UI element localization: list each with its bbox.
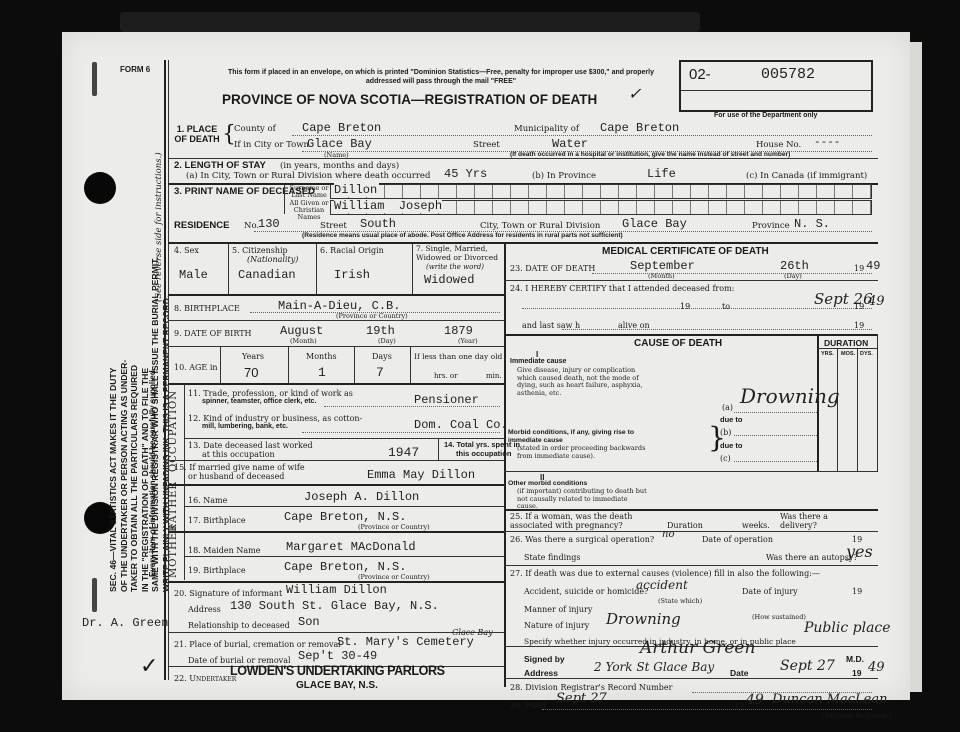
sex-value: Male — [179, 268, 208, 282]
surname-grid — [330, 184, 872, 199]
father-name-label: 16. Name — [188, 496, 227, 505]
informant-address-value: 130 South St. Glace Bay, N.S. — [230, 599, 439, 613]
length-of-stay-label: 2. LENGTH OF STAY — [174, 160, 266, 171]
street-label: Street — [473, 140, 500, 150]
other-conditions-label: Other morbid conditions — [508, 480, 587, 487]
caption: (Division Registrar) — [822, 712, 892, 720]
divider — [168, 531, 504, 533]
county-label: County of — [234, 124, 276, 134]
industry-value: Dom. Coal Co. — [414, 418, 508, 432]
mother-name-label: 18. Maiden Name — [188, 546, 260, 555]
filed-year-value: 49 — [746, 692, 764, 708]
age-label: 10. AGE in — [174, 363, 218, 372]
street-value: Water — [552, 137, 588, 151]
duration-col-mos: MOS. — [841, 351, 855, 357]
marital-status-value: Widowed — [424, 273, 474, 287]
caption: (write the word) — [426, 263, 484, 271]
marital-status-label: 7. Single, Married, Widowed or Divorced — [416, 245, 504, 262]
father-name-value: Joseph A. Dillon — [304, 490, 419, 504]
racial-origin-value: Irish — [334, 268, 370, 282]
stay-canada-label: (c) In Canada (if immigrant) — [746, 171, 867, 181]
age-months-value: 1 — [318, 365, 326, 380]
nature-value: Drowning — [606, 610, 681, 628]
fill-line — [302, 432, 500, 433]
divider — [168, 158, 878, 159]
citizenship-label: 5. Citizenship — [232, 246, 288, 255]
father-birthplace-value: Cape Breton, N.S. — [284, 510, 406, 524]
residence-label: RESIDENCE — [174, 220, 229, 231]
fill-line — [734, 435, 817, 436]
certify-label: 24. I HEREBY CERTIFY that I attended dec… — [510, 284, 734, 293]
divider — [184, 438, 504, 439]
divider — [817, 348, 878, 349]
divider — [504, 678, 878, 679]
spouse-value: Emma May Dillon — [367, 468, 475, 482]
dob-label: 9. DATE OF BIRTH — [174, 329, 252, 338]
divider — [410, 347, 411, 383]
weeks-label: weeks. — [742, 521, 770, 530]
checkmark-icon: ✓ — [628, 84, 641, 103]
divider — [288, 347, 289, 383]
last-worked-label: 13. Date deceased last worked — [188, 441, 313, 450]
dob-day-value: 19th — [366, 324, 395, 338]
caption: mill, lumbering, bank, etc. — [202, 423, 288, 430]
birthplace-value: Main-A-Dieu, C.B. — [278, 299, 400, 313]
divider — [857, 348, 858, 471]
injury-location-value: Public place — [804, 620, 891, 636]
relationship-value: Son — [298, 615, 320, 629]
physician-signature: Arthur Green — [640, 638, 755, 658]
age-days-value: 7 — [376, 365, 384, 380]
department-note: For use of the Department only — [714, 112, 817, 119]
injury-date-label: Date of injury — [742, 587, 798, 596]
year-prefix: 19 — [852, 668, 861, 678]
divider — [438, 438, 439, 460]
signature-date-label: Date — [730, 668, 748, 678]
citizenship-value: Canadian — [238, 268, 296, 282]
sidebar-instructions: SEC. 46—VITAL STATISTICS ACT MAKES IT TH… — [108, 72, 171, 592]
death-registration-form: FORM 6 SEC. 46—VITAL STATISTICS ACT MAKE… — [62, 32, 910, 700]
divider — [168, 320, 504, 321]
county-value: Cape Breton — [302, 121, 381, 135]
year-prefix: 19 — [852, 587, 862, 596]
morbid-conditions-desc: (stated in order proceeding backwards fr… — [517, 445, 647, 460]
less-than-day-label: If less than one day old — [414, 352, 502, 361]
house-value: ---- — [814, 137, 840, 149]
fill-line — [592, 273, 872, 274]
divider — [504, 565, 878, 566]
divider — [504, 280, 878, 281]
external-causes-label: 27. If death was due to external causes … — [510, 569, 820, 578]
caption: at this occupation — [202, 450, 275, 459]
physician-address-value: 2 York St Glace Bay — [594, 660, 714, 674]
fill-line — [562, 329, 872, 330]
hrs-label: hrs. or — [434, 372, 457, 380]
caption: (Nationality) — [247, 255, 298, 264]
divider — [168, 383, 504, 385]
caption: (How sustained) — [752, 613, 806, 621]
trade-value: Pensioner — [414, 393, 479, 407]
caption: spinner, teamster, office clerk, etc. — [202, 398, 316, 405]
years-label: Years — [242, 352, 264, 361]
caption: (Month) — [290, 337, 317, 345]
postal-notice: This form if placed in an envelope, on w… — [226, 68, 656, 86]
residence-province-value: N. S. — [794, 217, 830, 231]
residence-city-label: City, Town or Rural Division — [480, 221, 600, 231]
date-of-death-label: 23. DATE OF DEATH — [510, 264, 595, 273]
duration-heading: DURATION — [824, 338, 868, 348]
undertaker-stamp: LOWDEN'S UNDERTAKING PARLORS — [230, 662, 445, 678]
divider — [681, 90, 871, 91]
year-prefix: 19 — [854, 264, 864, 273]
fill-line — [324, 406, 500, 407]
divider — [284, 184, 285, 214]
divider — [168, 346, 504, 347]
surname-value: Dillon — [334, 183, 379, 197]
signature-year-value: 49 — [868, 660, 885, 675]
sidebar-line: TAKER TO OBTAIN ALL THE PARTICULARS REQU… — [129, 72, 140, 592]
cause-of-death-heading: CAUSE OF DEATH — [634, 338, 722, 349]
caption: (Day) — [378, 337, 396, 345]
other-conditions-desc: (if important) contributing to death but… — [517, 488, 647, 511]
stay-city-value: 45 Yrs — [444, 167, 487, 181]
divider — [184, 556, 504, 557]
city-label: If in City or Town — [234, 140, 309, 150]
duration-col-yrs: YRS. — [821, 351, 834, 357]
days-label: Days — [372, 352, 392, 361]
given-names-label: All Given or Christian Names — [286, 200, 332, 221]
caption: this occupation — [456, 449, 511, 458]
divider — [168, 460, 504, 461]
sidebar-line: SEC. 46—VITAL STATISTICS ACT MAKES IT TH… — [108, 72, 119, 592]
residence-no-value: 130 — [258, 217, 280, 231]
fill-line — [522, 308, 872, 309]
manner-label: Manner of injury — [524, 605, 592, 614]
signed-by-label: Signed by — [524, 654, 565, 664]
divider — [220, 347, 221, 383]
divider — [877, 334, 878, 471]
autopsy-value: yes — [846, 542, 873, 561]
municipality-label: Municipality of — [514, 124, 579, 134]
fill-line — [250, 312, 500, 313]
burial-place-annotation: Glace Bay — [452, 628, 493, 637]
physician-address-label: Address — [524, 668, 558, 678]
caption: or husband of deceased — [188, 472, 284, 481]
findings-label: State findings — [524, 553, 581, 562]
divider — [504, 509, 878, 511]
informant-address-label: Address — [188, 605, 221, 614]
staple-mark — [92, 578, 97, 612]
divider — [184, 506, 504, 507]
divider — [316, 244, 317, 294]
autopsy-label: Was there an autopsy? — [766, 553, 858, 562]
divider — [354, 347, 355, 383]
caption: (in years, months and days) — [280, 161, 399, 171]
cause-c-label: (c) — [720, 454, 731, 463]
hospital-note: (If death occurred in a hospital or inst… — [510, 151, 790, 158]
border-line — [168, 60, 169, 680]
nature-label: Nature of injury — [524, 621, 589, 630]
informant-signature-label: 20. Signature of informant — [174, 589, 282, 598]
checkmark-icon: ✓ — [140, 654, 158, 679]
undertaker-stamp-city: GLACE BAY, N.S. — [296, 680, 378, 691]
surname-label: Surname or Last Name — [288, 185, 330, 199]
divider — [168, 294, 504, 296]
divider — [228, 244, 229, 294]
attended-to-year: 49 — [868, 294, 885, 309]
mother-name-value: Margaret MAcDonald — [286, 540, 416, 554]
divider — [504, 471, 878, 472]
margin-note: Dr. A. Green — [82, 616, 168, 630]
immediate-cause-label: Immediate cause — [510, 358, 566, 365]
pregnancy-label: 25. If a woman, was the death associated… — [510, 512, 660, 530]
divider — [412, 244, 413, 294]
year-prefix: 19 — [680, 302, 690, 311]
death-year-value: 49 — [866, 259, 880, 273]
death-month-value: September — [630, 259, 695, 273]
mother-birthplace-value: Cape Breton, N.S. — [284, 560, 406, 574]
border-line — [164, 60, 166, 680]
sidebar-note: Every item of information should be care… — [148, 368, 157, 577]
sidebar-reverse-note: (See reverse side for instructions.) — [154, 152, 164, 302]
divider — [168, 242, 878, 244]
registrar-signature: Duncan MacLean — [772, 692, 888, 707]
residence-street-label: Street — [320, 221, 347, 231]
months-label: Months — [306, 352, 337, 361]
burial-place-label: 21. Place of burial, cremation or remova… — [174, 640, 341, 649]
divider — [504, 334, 878, 336]
paper-edge — [908, 42, 922, 692]
caption: (State which) — [658, 597, 702, 605]
spouse-label: 15. If married give name of wife — [174, 463, 305, 472]
caption: (Province or Country) — [358, 523, 430, 531]
scan-shadow — [120, 12, 700, 32]
stay-city-label: (a) In City, Town or Rural Division wher… — [186, 171, 430, 181]
staple-mark — [92, 62, 97, 96]
accident-value: accident — [636, 578, 688, 592]
divider — [168, 484, 504, 486]
birthplace-label: 8. BIRTHPLACE — [174, 304, 240, 313]
caption: (Year) — [458, 337, 478, 345]
municipality-value: Cape Breton — [600, 121, 679, 135]
mother-section-label: MOTHER — [168, 523, 179, 578]
death-day-value: 26th — [780, 259, 809, 273]
burial-place-value: St. Mary's Cemetery — [337, 635, 474, 649]
sidebar-line: OF THE UNDERTAKER OR PERSON ACTING AS UN… — [119, 72, 130, 592]
delivery-label: Was there a delivery? — [780, 512, 860, 530]
last-worked-value: 1947 — [388, 445, 419, 460]
stay-province-label: (b) In Province — [532, 171, 596, 181]
fill-line — [734, 461, 817, 462]
divider — [837, 348, 838, 471]
immediate-cause-desc: Give disease, injury or complication whi… — [517, 367, 647, 397]
industry-label: 12. Kind of industry or business, as cot… — [188, 414, 362, 423]
md-label: M.D. — [846, 654, 864, 664]
residence-street-value: South — [360, 217, 396, 231]
to-label: to — [722, 302, 730, 311]
brace: } — [708, 424, 726, 452]
caption: (Province or Country) — [336, 312, 408, 320]
residence-city-value: Glace Bay — [622, 217, 687, 231]
accident-label: Accident, suicide or homicide? — [524, 587, 648, 596]
undertaker-label: 22. Undertaker — [174, 674, 236, 683]
house-label: House No. — [756, 140, 801, 150]
informant-signature-value: William Dillon — [286, 583, 387, 597]
cause-a-label: (a) — [722, 403, 733, 412]
place-of-death-label: 1. PLACE OF DEATH — [174, 124, 220, 144]
given-names-value: William Joseph — [334, 199, 442, 213]
residence-note: (Residence means usual place of abode. P… — [302, 232, 623, 239]
caption: (Province or Country) — [358, 573, 430, 581]
filed-date-value: Sept 27 — [556, 691, 607, 706]
sex-label: 4. Sex — [174, 246, 199, 255]
burial-date-value: Sep't 30-49 — [298, 649, 377, 663]
divider — [504, 531, 878, 532]
min-label: min. — [486, 372, 502, 380]
operation-date-label: Date of operation — [702, 535, 773, 544]
column-divider — [504, 242, 506, 687]
relationship-label: Relationship to deceased — [188, 621, 290, 630]
registration-number: 005782 — [761, 66, 815, 83]
father-birthplace-label: 17. Birthplace — [188, 516, 246, 525]
residence-no-label: No. — [244, 221, 259, 231]
fill-line — [292, 135, 872, 136]
trade-label: 11. Trade, profession, or kind of work a… — [188, 389, 353, 398]
signature-date-value: Sept 27 — [780, 658, 835, 674]
mother-birthplace-label: 19. Birthplace — [188, 566, 246, 575]
age-years-value: 70 — [244, 365, 258, 380]
cause-a-value: Drowning — [740, 384, 840, 408]
medical-certificate-heading: MEDICAL CERTIFICATE OF DEATH — [602, 246, 769, 257]
residence-province-label: Province — [752, 221, 790, 231]
dob-year-value: 1879 — [444, 324, 473, 338]
fill-line — [734, 412, 817, 413]
dob-month-value: August — [280, 324, 323, 338]
surgical-operation-value: no — [662, 529, 674, 540]
surgical-operation-label: 26. Was there a surgical operation? — [510, 535, 654, 544]
stay-province-value: Life — [647, 167, 676, 181]
morbid-conditions-label: Morbid conditions, if any, giving rise t… — [508, 429, 648, 445]
racial-origin-label: 6. Racial Origin — [320, 246, 384, 255]
registration-number-box: 02- 005782 — [679, 60, 873, 112]
fill-line — [542, 709, 872, 710]
city-value: Glace Bay — [307, 137, 372, 151]
year-prefix: 19 — [854, 302, 864, 311]
duration-col-dys: DYS. — [860, 351, 873, 357]
form-title: PROVINCE OF NOVA SCOTIA—REGISTRATION OF … — [222, 92, 597, 107]
registration-prefix: 02- — [689, 66, 711, 83]
filed-label: 29. Filed — [510, 701, 546, 710]
